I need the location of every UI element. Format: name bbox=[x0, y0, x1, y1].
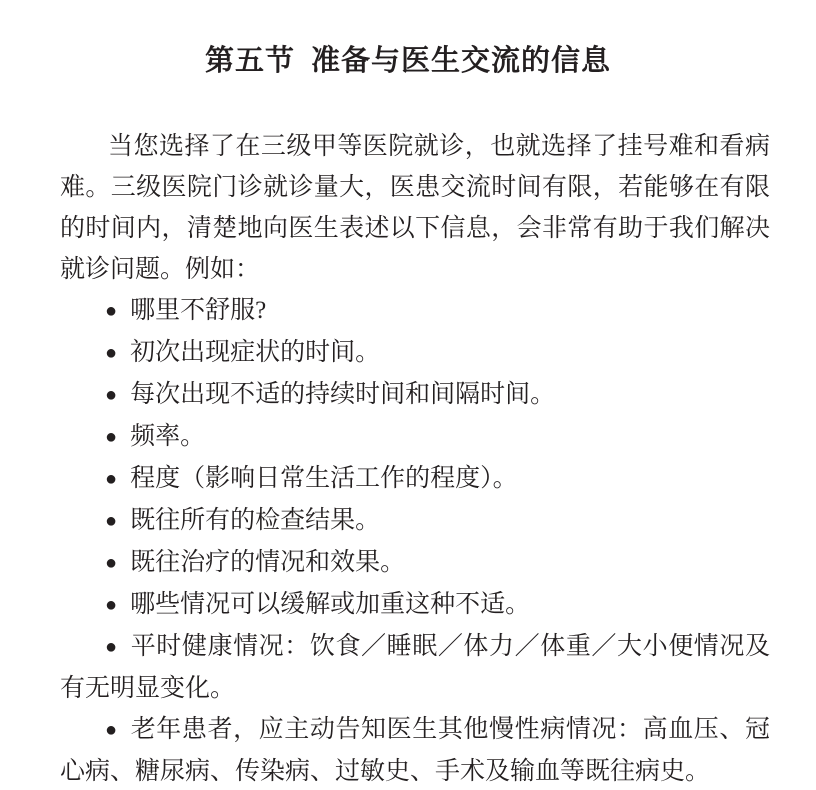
list-item-text: 频率。 bbox=[130, 423, 205, 450]
list-item-text: 既往所有的检查结果。 bbox=[130, 507, 380, 534]
list-item: ●频率。 bbox=[60, 416, 770, 458]
list-item-text: 老年患者，应主动告知医生其他慢性病情况：高血压、冠心病、糖尿病、传染病、过敏史、… bbox=[60, 716, 770, 785]
section-title-text: 准备与医生交流的信息 bbox=[311, 45, 611, 77]
list-item-text: 初次出现症状的时间。 bbox=[130, 339, 380, 366]
list-item: ●既往所有的检查结果。 bbox=[60, 500, 770, 542]
bullet-list: ●哪里不舒服? ●初次出现症状的时间。 ●每次出现不适的持续时间和间隔时间。 ●… bbox=[60, 290, 770, 790]
bullet-icon: ● bbox=[105, 375, 117, 416]
list-item: ●初次出现症状的时间。 bbox=[60, 332, 770, 374]
list-item: ●每次出现不适的持续时间和间隔时间。 bbox=[60, 374, 770, 416]
bullet-icon: ● bbox=[105, 501, 117, 542]
list-item: ●哪些情况可以缓解或加重这种不适。 bbox=[60, 584, 770, 626]
bullet-icon: ● bbox=[105, 333, 117, 374]
page-content: 当您选择了在三级甲等医院就诊，也就选择了挂号难和看病难。三级医院门诊就诊量大，医… bbox=[60, 126, 770, 790]
bullet-icon: ● bbox=[105, 710, 117, 751]
list-item-text: 既往治疗的情况和效果。 bbox=[130, 549, 405, 576]
bullet-icon: ● bbox=[105, 291, 117, 332]
section-number-label: 第五节 bbox=[205, 45, 295, 77]
list-item: ●既往治疗的情况和效果。 bbox=[60, 542, 770, 584]
bullet-icon: ● bbox=[105, 417, 117, 458]
page-title: 第五节准备与医生交流的信息 bbox=[0, 19, 816, 79]
list-item: ●平时健康情况：饮食／睡眠／体力／体重／大小便情况及有无明显变化。 bbox=[60, 626, 770, 709]
list-item-text: 哪些情况可以缓解或加重这种不适。 bbox=[130, 591, 530, 618]
list-item-text: 平时健康情况：饮食／睡眠／体力／体重／大小便情况及有无明显变化。 bbox=[60, 633, 770, 702]
list-item: ●程度（影响日常生活工作的程度）。 bbox=[60, 458, 770, 500]
list-item-text: 程度（影响日常生活工作的程度）。 bbox=[130, 465, 518, 492]
list-item-text: 哪里不舒服? bbox=[130, 297, 266, 324]
list-item: ●老年患者，应主动告知医生其他慢性病情况：高血压、冠心病、糖尿病、传染病、过敏史… bbox=[60, 709, 770, 790]
book-page: 第五节准备与医生交流的信息 当您选择了在三级甲等医院就诊，也就选择了挂号难和看病… bbox=[0, 0, 816, 790]
intro-paragraph: 当您选择了在三级甲等医院就诊，也就选择了挂号难和看病难。三级医院门诊就诊量大，医… bbox=[60, 126, 770, 290]
list-item: ●哪里不舒服? bbox=[60, 290, 770, 332]
bullet-icon: ● bbox=[105, 543, 117, 584]
bullet-icon: ● bbox=[105, 627, 117, 668]
list-item-text: 每次出现不适的持续时间和间隔时间。 bbox=[130, 381, 555, 408]
bullet-icon: ● bbox=[105, 585, 117, 626]
bullet-icon: ● bbox=[105, 459, 117, 500]
